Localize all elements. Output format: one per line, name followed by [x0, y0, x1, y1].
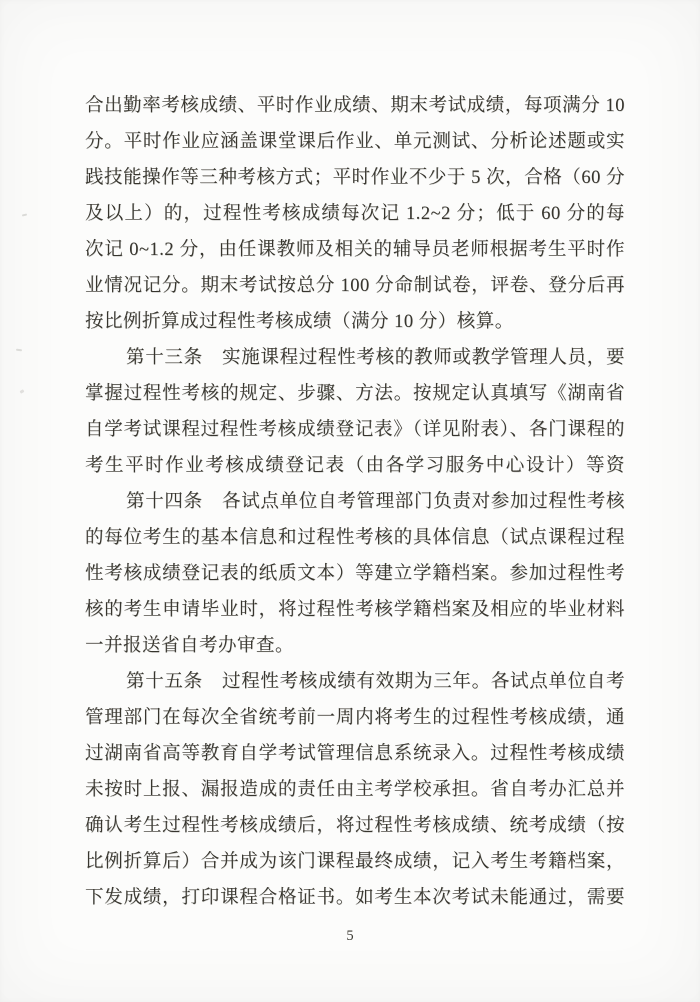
page-number: 5	[0, 928, 700, 945]
text-line: 业情况记分。期末考试按总分 100 分命制试卷，评卷、登分后再	[85, 268, 625, 304]
text-line: 第十四条 各试点单位自考管理部门负责对参加过程性考核	[85, 484, 625, 520]
text-line: 分。平时作业应涵盖课堂课后作业、单元测试、分析论述题或实	[85, 124, 625, 160]
paragraph: 合出勤率考核成绩、平时作业成绩、期末考试成绩，每项满分 10分。平时作业应涵盖课…	[85, 88, 625, 340]
scan-speckle	[22, 214, 27, 217]
text-line: 践技能操作等三种考核方式；平时作业不少于 5 次，合格（60 分	[85, 160, 625, 196]
paragraph: 第十五条 过程性考核成绩有效期为三年。各试点单位自考管理部门在每次全省统考前一周…	[85, 664, 625, 916]
scan-speckle	[16, 349, 22, 352]
text-line: 考生平时作业考核成绩登记表（由各学习服务中心设计）等资料。	[85, 448, 625, 484]
text-line: 管理部门在每次全省统考前一周内将考生的过程性考核成绩，通	[85, 700, 625, 736]
text-line: 确认考生过程性考核成绩后，将过程性考核成绩、统考成绩（按	[85, 808, 625, 844]
text-line: 比例折算后）合并成为该门课程最终成绩，记入考生考籍档案，	[85, 844, 625, 880]
text-line: 未按时上报、漏报造成的责任由主考学校承担。省自考办汇总并	[85, 772, 625, 808]
text-line: 下发成绩，打印课程合格证书。如考生本次考试未能通过，需要	[85, 880, 625, 916]
paragraph: 第十四条 各试点单位自考管理部门负责对参加过程性考核的每位考生的基本信息和过程性…	[85, 484, 625, 664]
text-line: 合出勤率考核成绩、平时作业成绩、期末考试成绩，每项满分 10	[85, 88, 625, 124]
text-line: 次记 0~1.2 分，由任课教师及相关的辅导员老师根据考生平时作	[85, 232, 625, 268]
text-line: 过湖南省高等教育自学考试管理信息系统录入。过程性考核成绩	[85, 736, 625, 772]
text-line: 第十五条 过程性考核成绩有效期为三年。各试点单位自考	[85, 664, 625, 700]
text-line: 一并报送省自考办审查。	[85, 628, 625, 664]
text-line: 核的考生申请毕业时，将过程性考核学籍档案及相应的毕业材料	[85, 592, 625, 628]
text-line: 的每位考生的基本信息和过程性考核的具体信息（试点课程过程	[85, 520, 625, 556]
scan-speckle	[20, 389, 25, 394]
text-line: 掌握过程性考核的规定、步骤、方法。按规定认真填写《湖南省	[85, 376, 625, 412]
text-line: 按比例折算成过程性考核成绩（满分 10 分）核算。	[85, 304, 625, 340]
paragraph: 第十三条 实施课程过程性考核的教师或教学管理人员，要掌握过程性考核的规定、步骤、…	[85, 340, 625, 484]
scanned-document-page: 合出勤率考核成绩、平时作业成绩、期末考试成绩，每项满分 10分。平时作业应涵盖课…	[0, 0, 700, 1002]
text-line: 性考核成绩登记表的纸质文本）等建立学籍档案。参加过程性考	[85, 556, 625, 592]
text-line: 及以上）的，过程性考核成绩每次记 1.2~2 分；低于 60 分的每	[85, 196, 625, 232]
text-line: 自学考试课程过程性考核成绩登记表》（详见附表）、各门课程的	[85, 412, 625, 448]
text-line: 第十三条 实施课程过程性考核的教师或教学管理人员，要	[85, 340, 625, 376]
document-body: 合出勤率考核成绩、平时作业成绩、期末考试成绩，每项满分 10分。平时作业应涵盖课…	[85, 88, 625, 916]
